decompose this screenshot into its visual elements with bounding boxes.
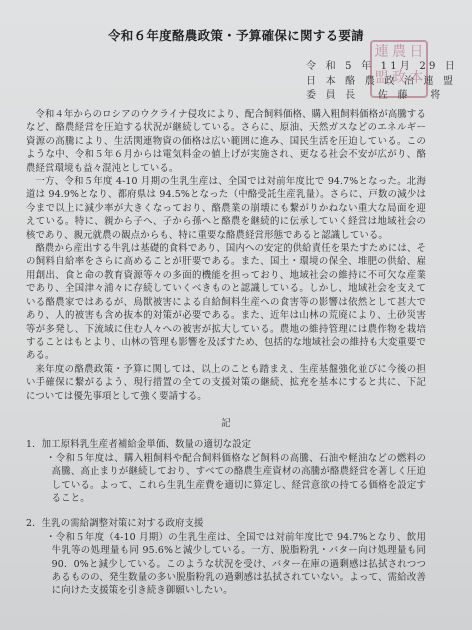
paragraph: 一方、令和５年度 4-10 月期の生乳生産は、全国では対前年度比で 94.7%と… bbox=[26, 175, 426, 242]
paragraph: 酪農から産出する牛乳は基礎的食料であり、国内への安定的供給責任を果たすためには、… bbox=[26, 242, 426, 363]
paragraph: 来年度の酪農政策・予算に関しては、以上のことも踏まえ、生産基盤強化並びに今後の担… bbox=[26, 363, 426, 403]
section-body: ・令和５年度は、購入粗飼料や配合飼料価格など飼料の高騰、石油や軽油などの燃料の高… bbox=[46, 452, 426, 506]
ki-label: 記 bbox=[26, 417, 426, 430]
spacer bbox=[26, 505, 426, 517]
document-page: 令和６年度酪農政策・予算確保に関する要請 連 農 日 盟 政 本 令 和 5 年… bbox=[0, 0, 472, 630]
signatory: 委 員 長 佐 藤 将 bbox=[306, 89, 458, 104]
section-heading: 2．生乳の需給調整対策に対する政府支援 bbox=[26, 517, 426, 530]
paragraph: 令和４年からのロシアのウクライナ侵攻により、配合飼料価格、購入粗飼料価格が高騰す… bbox=[26, 108, 426, 175]
section-body: ・令和５年度（4-10 月期）の生乳生産は、全国では対前年度比で 94.7%とな… bbox=[46, 531, 426, 598]
document-meta: 令 和 5 年 11月 29 日 日 本 酪 農 政 治 連 盟 委 員 長 佐… bbox=[306, 60, 458, 104]
organization-name: 日 本 酪 農 政 治 連 盟 bbox=[306, 75, 458, 90]
section-heading: 1．加工原料乳生産者補給金単価、数量の適切な設定 bbox=[26, 438, 426, 451]
document-body: 令和４年からのロシアのウクライナ侵攻により、配合飼料価格、購入粗飼料価格が高騰す… bbox=[26, 108, 426, 598]
document-date: 令 和 5 年 11月 29 日 bbox=[306, 60, 458, 75]
